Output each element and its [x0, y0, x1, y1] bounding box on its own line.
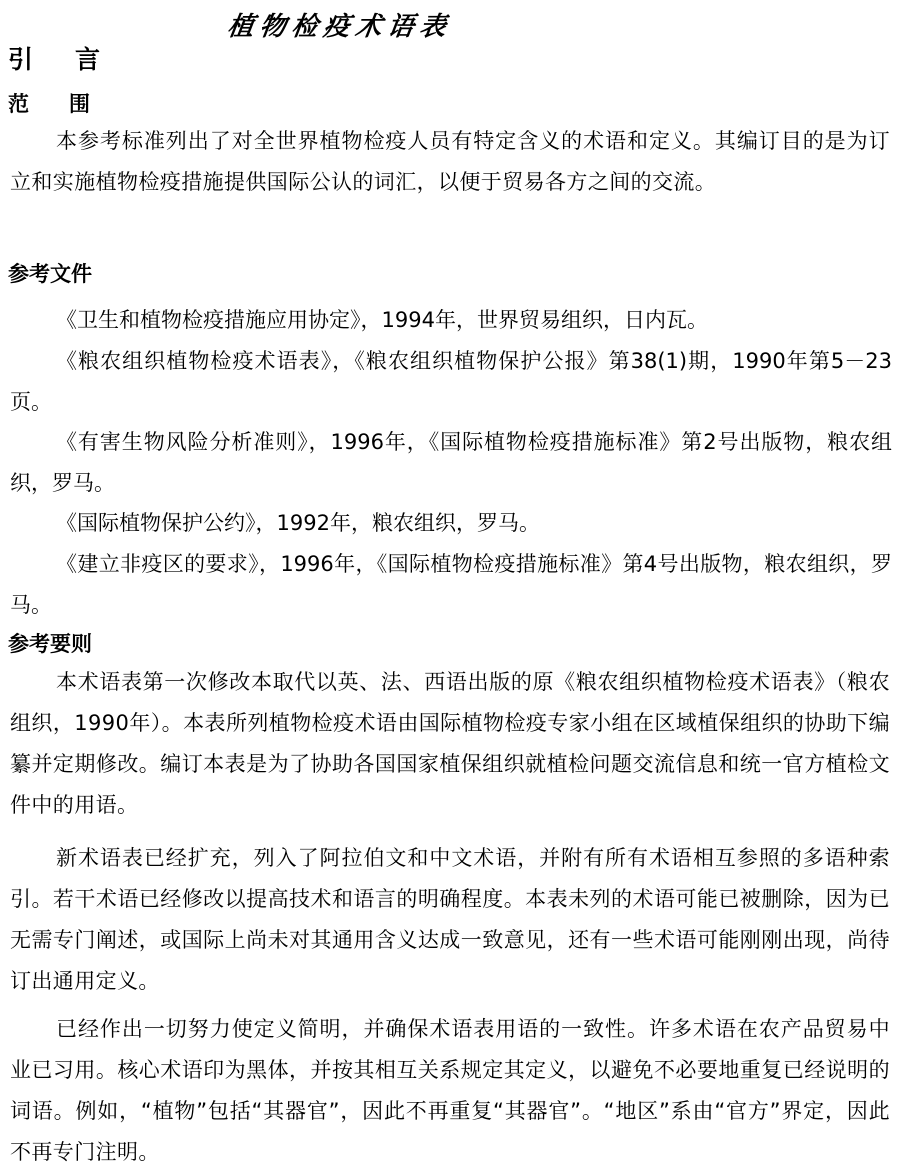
outline-paragraph: 本术语表第一次修改本取代以英、法、西语出版的原《粮农组织植物检疫术语表》（粮农组…	[10, 662, 890, 826]
heading-char-1: 范	[8, 92, 29, 116]
heading-char-2: 围	[69, 92, 90, 116]
scope-paragraph: 本参考标准列出了对全世界植物检疫人员有特定含义的术语和定义。其编订目的是为订立和…	[10, 121, 890, 203]
reference-item: 《建立非疫区的要求》，1996年，《国际植物检疫措施标准》第4号出版物，粮农组织…	[10, 544, 892, 626]
reference-item: 《国际植物保护公约》，1992年，粮农组织，罗马。	[10, 503, 892, 544]
heading-char-2: 言	[75, 45, 100, 74]
section-heading-introduction: 引言	[8, 40, 100, 76]
reference-item: 《卫生和植物检疫措施应用协定》，1994年，世界贸易组织，日内瓦。	[10, 300, 892, 341]
reference-item: 《有害生物风险分析准则》，1996年，《国际植物检疫措施标准》第2号出版物，粮农…	[10, 422, 892, 504]
heading-char-1: 引	[8, 45, 33, 74]
outline-paragraph: 已经作出一切努力使定义简明，并确保术语表用语的一致性。许多术语在农产品贸易中业已…	[10, 1009, 890, 1166]
scope-heading: 范围	[8, 88, 90, 118]
reference-item: 《粮农组织植物检疫术语表》，《粮农组织植物保护公报》第38(1)期，1990年第…	[10, 341, 892, 423]
references-heading: 参考文件	[8, 258, 92, 288]
document-title: 植物检疫术语表	[225, 6, 454, 43]
outline-paragraph: 新术语表已经扩充，列入了阿拉伯文和中文术语，并附有所有术语相互参照的多语种索引。…	[10, 838, 890, 1002]
outline-heading: 参考要则	[8, 628, 92, 658]
